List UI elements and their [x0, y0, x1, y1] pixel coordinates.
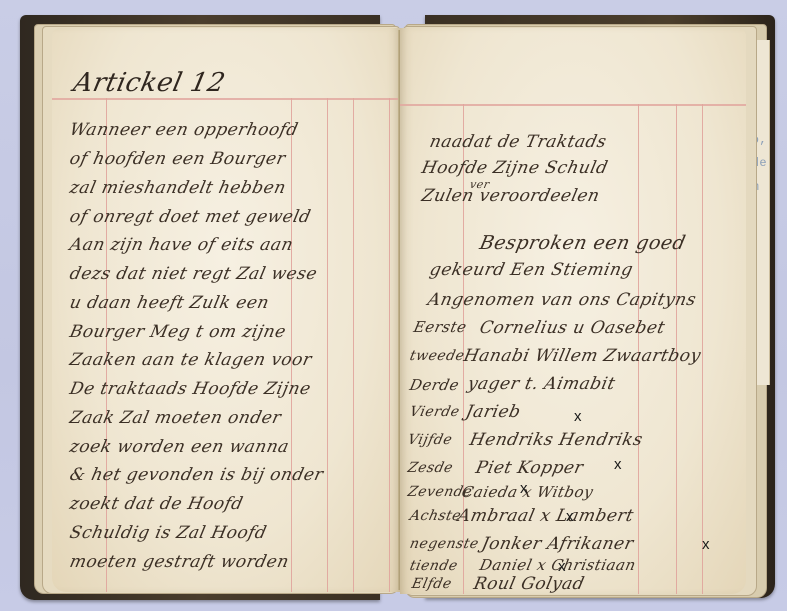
rule-header: [400, 104, 746, 106]
text-line: zal mieshandelt hebben: [68, 178, 288, 198]
rule-col-3: [353, 98, 354, 592]
signatory-name: yager t. Aimabit: [466, 374, 617, 394]
rule-header: [52, 98, 400, 100]
signatory-mark: x: [614, 456, 622, 473]
signatory-ordinal: Zesde: [406, 460, 454, 476]
left-page: Artickel 12 Wanneer een opperhoofd of ho…: [52, 28, 400, 592]
text-line: Wanneer een opperhoofd: [68, 120, 300, 140]
signatory-mark: x: [520, 480, 528, 497]
signatory-mark: x: [574, 408, 582, 425]
text-line: Hoofde Zijne Schuld: [420, 158, 610, 178]
signatory-ordinal: Vijfde: [406, 432, 454, 448]
signatory-mark: x: [558, 558, 566, 575]
signatory-name: Jarieb: [464, 402, 523, 422]
rule-col-4: [389, 98, 390, 592]
signatory-ordinal: tiende: [408, 558, 459, 574]
text-line: Aan zijn have of eits aan: [68, 235, 295, 255]
text-line: Bourger Meg t om zijne: [68, 322, 288, 342]
text-line: zoek worden een wanna: [68, 437, 291, 457]
signatory-ordinal: Achste: [408, 508, 462, 524]
text-line: of onregt doet met geweld: [68, 207, 313, 227]
text-line: & het gevonden is bij onder: [68, 465, 325, 485]
text-line: dezs dat niet regt Zal wese: [68, 264, 319, 284]
text-line: Schuldig is Zal Hoofd: [68, 523, 269, 543]
rule-col-2: [327, 98, 328, 592]
text-line: De traktaads Hoofde Zijne: [68, 379, 313, 399]
text-line: zoekt dat de Hoofd: [68, 494, 245, 514]
signatory-name: Hanabi Willem Zwaartboy: [462, 346, 703, 366]
signatory-name: Piet Kopper: [474, 458, 585, 478]
signatory-name: Cornelius u Oasebet: [478, 318, 667, 338]
signatory-ordinal: Vierde: [408, 404, 461, 420]
text-line: of hoofden een Bourger: [68, 149, 288, 169]
signatory-ordinal: Eerste: [412, 318, 468, 336]
text-line: Zaaken aan te klagen voor: [68, 350, 314, 370]
text-line: Zaak Zal moeten onder: [68, 408, 283, 428]
signatory-mark: x: [566, 508, 574, 525]
signatory-ordinal: Derde: [408, 376, 461, 394]
text-line: moeten gestraft worden: [68, 552, 291, 572]
signatory-mark: x: [702, 536, 710, 553]
signatory-ordinal: negenste: [408, 536, 480, 552]
signatory-name: Ambraal x Lambert: [456, 506, 636, 526]
closing-line: Angenomen van ons Capityns: [426, 290, 698, 310]
signatory-name: Roul Golyad: [472, 574, 586, 594]
signatory-ordinal: Elfde: [410, 576, 453, 592]
rule-col-1: [291, 98, 292, 592]
text-line: naadat de Traktads: [428, 132, 609, 152]
text-line: u daan heeft Zulk een: [68, 293, 271, 313]
closing-line: gekeurd Een Stieming: [428, 260, 635, 280]
rule-margin: [106, 98, 107, 592]
right-page: naadat de Traktads Hoofde Zijne Schuld v…: [400, 28, 746, 594]
signatory-name: Hendriks Hendriks: [468, 430, 645, 450]
signatory-ordinal: tweede: [408, 348, 466, 364]
text-line: Zulen veroordeelen: [420, 186, 602, 206]
signatory-name: Jonker Afrikaner: [480, 534, 636, 554]
closing-line: Besproken een goed: [478, 232, 688, 254]
article-title: Artickel 12: [71, 68, 228, 98]
